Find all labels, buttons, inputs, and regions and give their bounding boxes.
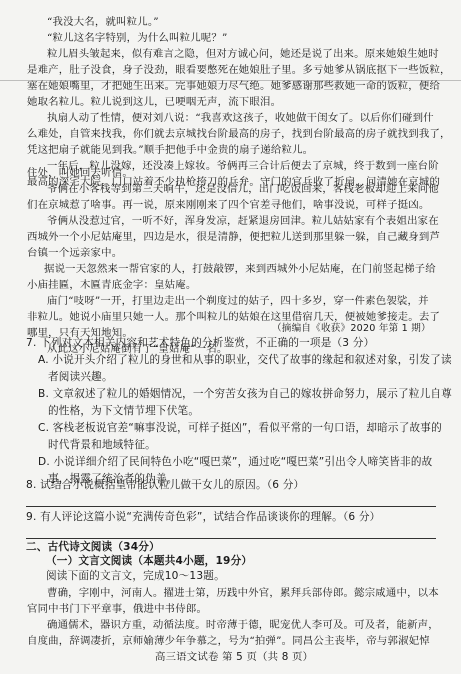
option-a-line2: 者阅读兴趣。: [48, 370, 113, 384]
story-line: 爷俩在小客栈等到第三天晌午，还是没信儿，出门吃饭回来，客栈老板却迎上来问他: [47, 182, 439, 196]
section-title: 二、古代诗文阅读（34分）: [26, 540, 160, 554]
story-line: 西城外一个小尼姑庵里，四边是水，很是清静，便把粒儿送到那里躲一躲，自己藏身到芦: [27, 230, 440, 244]
classical-text-line: 官同中书门下平章事，俄进中书侍郎。: [27, 602, 207, 616]
story-line: 小庙挂匾，木匾青底金字：皇姑庵。: [27, 278, 196, 292]
story-line: 么难处，自管来找我，你们就去京城找台阶最高的房子，找到台阶最高的房子就找到我了，: [27, 127, 451, 141]
option-c-line1: C. 客栈老板说官差“嘛事没说，可样子挺凶”，看似平常的一句口语，却暗示了故事的: [38, 421, 442, 435]
source-citation: （摘编自《收获》2020 年第 1 期）: [272, 322, 431, 336]
section-instruction: 阅读下面的文言文，完成10～13题。: [46, 569, 225, 583]
answer-divider: [26, 506, 436, 507]
section-subtitle: （一）文言文阅读（本题共4小题，19分）: [46, 554, 252, 568]
exam-page: “我没大名，就叫粒儿。” “粒儿这名字特别，为什么叫粒儿呢？” 粒儿眉头皱起来，…: [0, 0, 461, 674]
classical-text-line: 曹确，字刚中，河南人。擢进士第，历践中外官，累拜兵部侍郎。懿宗咸通中，以本: [47, 586, 439, 600]
story-line: “我没大名，就叫粒儿。”: [47, 15, 159, 29]
story-line: 粒儿眉头皱起来，似有难言之隐，但对方诚心问，她还是说了出来。原来她娘生她时: [47, 47, 439, 61]
story-line: 她取名粒儿。粒儿说到这儿，已哽咽无声，流下眼泪。: [27, 95, 281, 109]
story-line: 台镇一个远亲家中。: [27, 246, 122, 260]
question-9: 9. 有人评论这篇小说“充满传奇色彩”，试结合作品谈谈你的理解。（6 分）: [26, 510, 380, 524]
option-c-line2: 时代背景和地域特征。: [48, 438, 156, 452]
option-a-line1: A. 小说开头介绍了粒儿的身世和从事的职业，交代了故事的缘起和叙述对象，引发了读: [38, 353, 452, 367]
answer-divider: [26, 538, 436, 539]
story-line: 据说一天忽然来一帮官家的人，打鼓敲锣，来到西城外小尼姑庵，在门前竖起梯子给: [44, 262, 436, 276]
story-line: “粒儿这名字特别，为什么叫粒儿呢？”: [47, 31, 227, 45]
story-line: 执扇人动了性情，便对刘八说：“我喜欢这孩子，收她做干闺女了。以后你们碰到什: [47, 111, 434, 125]
story-line: 是难产，肚子没食，身子没劲，眼看要憋死在她娘肚子里。多亏她爹从锅底抠下一些饭粒，: [27, 63, 451, 77]
story-line: 爷俩从没惹过官，一听不好，浑身发凉，赶紧退房回津。粒儿姑姑家有个表姐出家在: [47, 214, 439, 228]
classical-text-line: 确通儒术，器识方重，动循法度。时帝薄于德，昵宠优人李可及。可及者，能新声，: [47, 618, 439, 632]
option-b-line1: B. 文章叙述了粒儿的婚姻情况，一个穷苦女孩为自己的嫁妆拼命努力，展示了粒儿自尊: [38, 387, 452, 401]
story-line: 塞在她娘嘴里，才把她生出来。完事她娘力尽气绝。她爹感谢那些救她一命的饭粒，便给: [27, 79, 440, 93]
classical-text-line: 自度曲，辞调凄折，京师媮薄少年争慕之，号为“拍弹”。同昌公主丧毕，帝与郭淑妃悼: [27, 634, 430, 648]
option-b-line2: 的性格，为下文情节埋下伏笔。: [48, 404, 199, 418]
page-footer: 高三语文试卷 第 5 页（共 8 页）: [155, 650, 313, 664]
option-d-line1: D. 小说详细介绍了民间特色小吃“嘎巴菜”，通过吃“嘎巴菜”引出令人啼笑皆非的故: [38, 455, 432, 469]
story-line: 庙门“吱呀”一开，打里边走出一个剃度过的姑子，四十多岁，穿一件素色袈裟，并: [47, 294, 429, 308]
story-line: 住处，叫她回去听信。: [27, 166, 133, 180]
question-8: 8. 试结合小说概括皇帝能认粒儿做干女儿的原因。（6 分）: [26, 478, 304, 492]
story-line: 凭这把扇子就能见到我。”顺手把他手中金贵的扇子递给粒儿。: [27, 143, 313, 157]
story-line: 们在京城惹了啥事。再一说，原来刚刚来了四个官差寻他们，啥事没说，可样子挺凶。: [27, 198, 429, 212]
scan-artifact-line: [0, 80, 461, 81]
question-stem: 7. 下列对文本相关内容和艺术特色的分析鉴赏，不正确的一项是（3 分）: [26, 336, 374, 350]
